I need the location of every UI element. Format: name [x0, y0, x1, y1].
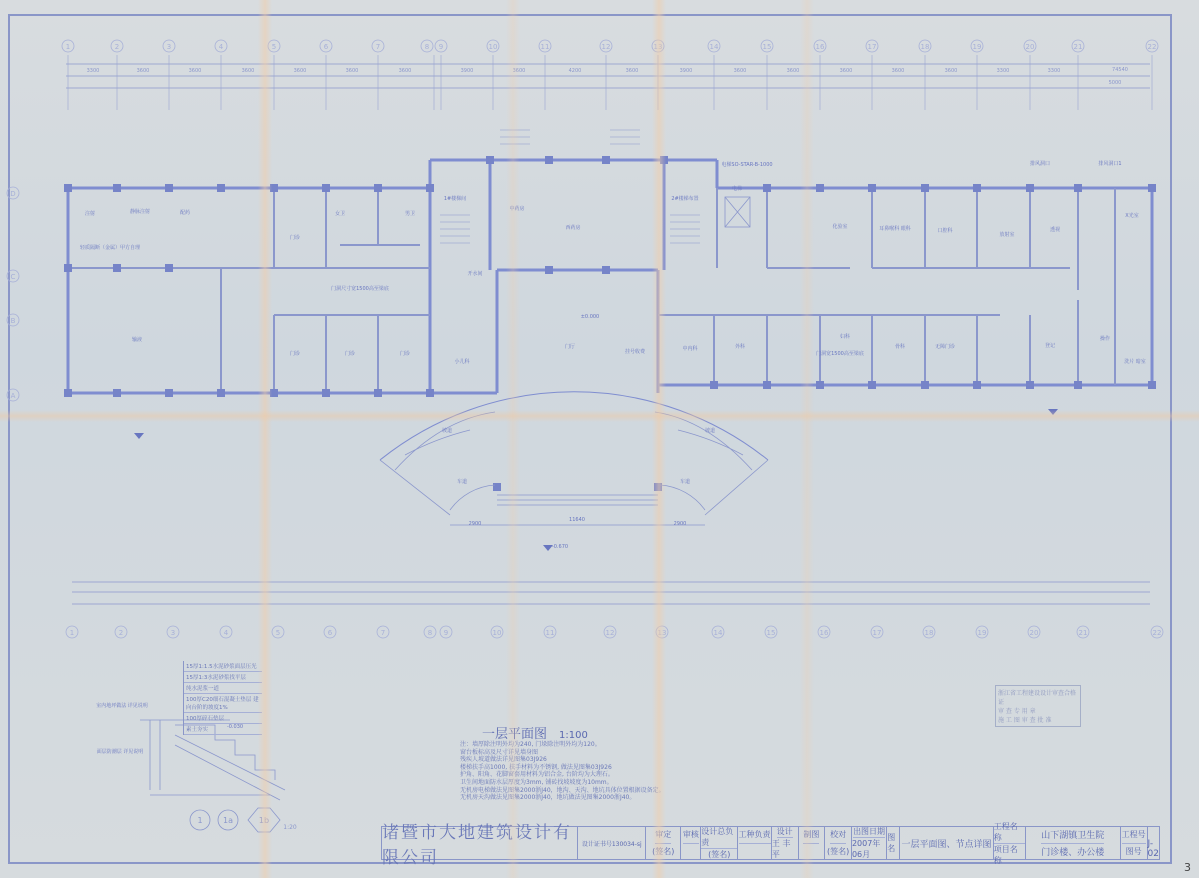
svg-text:16: 16	[816, 43, 825, 51]
svg-text:X光室: X光室	[1125, 212, 1138, 219]
svg-text:开水间: 开水间	[467, 270, 482, 277]
svg-text:21: 21	[1079, 629, 1088, 637]
svg-text:3600: 3600	[399, 68, 412, 74]
svg-text:口腔科: 口腔科	[937, 227, 952, 234]
svg-text:8: 8	[428, 629, 432, 637]
svg-text:登记: 登记	[1045, 342, 1055, 349]
svg-text:透视: 透视	[1050, 226, 1060, 233]
svg-text:3600: 3600	[734, 68, 747, 74]
svg-text:6: 6	[328, 629, 333, 637]
svg-text:坡道: 坡道	[705, 427, 715, 434]
svg-text:22: 22	[1153, 629, 1162, 637]
svg-text:化验室: 化验室	[832, 223, 847, 230]
svg-text:21: 21	[1074, 43, 1083, 51]
svg-text:门诊: 门诊	[290, 234, 300, 241]
svg-text:19: 19	[973, 43, 982, 51]
svg-text:3600: 3600	[892, 68, 905, 74]
svg-text:3300: 3300	[87, 68, 100, 74]
svg-text:3300: 3300	[1048, 68, 1061, 74]
svg-text:1a: 1a	[223, 816, 233, 825]
svg-text:2#楼梯布置: 2#楼梯布置	[671, 195, 698, 202]
svg-text:门诊: 门诊	[345, 350, 355, 357]
svg-text:电梯: 电梯	[732, 185, 742, 192]
svg-text:12: 12	[606, 629, 615, 637]
paper-fold	[800, 0, 814, 878]
svg-text:1: 1	[66, 43, 70, 51]
drawing-name: 一层平面图、节点详图	[900, 827, 994, 859]
svg-text:15: 15	[763, 43, 772, 51]
svg-text:10: 10	[493, 629, 502, 637]
page-number: 3	[1184, 861, 1191, 874]
svg-text:4200: 4200	[569, 68, 582, 74]
svg-text:车道: 车道	[680, 478, 690, 485]
detail-layer-legend: 15厚1:1.5水泥砂浆面层压光 15厚1:3水泥砂浆找平层 纯水泥浆一道 10…	[183, 661, 262, 735]
svg-text:±0.000: ±0.000	[581, 314, 600, 320]
svg-text:外科: 外科	[735, 343, 745, 350]
svg-text:6: 6	[324, 43, 329, 51]
svg-text:15: 15	[767, 629, 776, 637]
svg-text:9: 9	[444, 629, 448, 637]
svg-text:妇科: 妇科	[840, 333, 850, 340]
item-name: 门诊楼、办公楼	[1041, 844, 1104, 860]
plan-title: 一层平面图1:100	[482, 723, 588, 742]
svg-text:11640: 11640	[569, 517, 585, 523]
svg-text:排风洞口: 排风洞口	[1030, 160, 1050, 167]
svg-text:3600: 3600	[294, 68, 307, 74]
svg-text:-0.670: -0.670	[552, 544, 568, 550]
svg-text:3300: 3300	[997, 68, 1010, 74]
svg-text:2: 2	[119, 629, 123, 637]
svg-text:3900: 3900	[461, 68, 474, 74]
svg-text:室内地坪做法 详见说明: 室内地坪做法 详见说明	[96, 702, 148, 709]
svg-text:小儿科: 小儿科	[454, 358, 469, 365]
svg-text:D: D	[10, 190, 15, 198]
svg-text:排风洞口1: 排风洞口1	[1098, 160, 1121, 167]
svg-text:静脉注射: 静脉注射	[130, 208, 150, 215]
svg-text:无障门诊: 无障门诊	[935, 343, 955, 350]
svg-text:8: 8	[425, 43, 429, 51]
svg-text:3600: 3600	[137, 68, 150, 74]
svg-text:轻质隔断（金属）甲方自理: 轻质隔断（金属）甲方自理	[80, 244, 140, 251]
svg-text:操作: 操作	[1100, 335, 1110, 342]
paper-fold	[0, 410, 1199, 422]
svg-text:坡道: 坡道	[442, 427, 452, 434]
svg-text:A: A	[11, 392, 16, 400]
svg-text:12: 12	[602, 43, 611, 51]
paper-fold	[258, 0, 272, 878]
svg-text:3600: 3600	[787, 68, 800, 74]
svg-text:10: 10	[489, 43, 498, 51]
sheet-number: J-02	[1148, 839, 1159, 859]
paper-fold	[506, 0, 520, 878]
svg-text:3600: 3600	[626, 68, 639, 74]
svg-text:18: 18	[921, 43, 930, 51]
svg-text:9: 9	[439, 43, 443, 51]
svg-text:5: 5	[276, 629, 280, 637]
svg-text:C: C	[11, 273, 16, 281]
svg-text:B: B	[11, 317, 16, 325]
svg-text:2900: 2900	[469, 521, 482, 527]
svg-text:1: 1	[70, 629, 74, 637]
svg-text:门诊: 门诊	[290, 350, 300, 357]
svg-text:3: 3	[171, 629, 175, 637]
svg-text:输液: 输液	[132, 336, 142, 343]
svg-text:11: 11	[541, 43, 550, 51]
cert-number: 设计证书号130034-sj	[578, 827, 646, 859]
svg-text:3600: 3600	[840, 68, 853, 74]
svg-text:3900: 3900	[680, 68, 693, 74]
svg-text:2: 2	[115, 43, 119, 51]
svg-text:3: 3	[167, 43, 171, 51]
svg-text:7: 7	[381, 629, 385, 637]
svg-text:洗片 暗室: 洗片 暗室	[1124, 358, 1146, 365]
svg-text:挂号收费: 挂号收费	[625, 348, 646, 355]
svg-text:14: 14	[714, 629, 723, 637]
svg-text:男卫: 男卫	[405, 210, 415, 217]
svg-text:女卫: 女卫	[335, 210, 345, 217]
svg-text:11: 11	[546, 629, 555, 637]
svg-text:耳鼻喉科 眼科: 耳鼻喉科 眼科	[879, 225, 911, 232]
svg-text:面层防潮层 详见说明: 面层防潮层 详见说明	[97, 748, 144, 755]
svg-text:放射室: 放射室	[999, 231, 1014, 238]
svg-text:注射: 注射	[85, 210, 95, 217]
svg-text:17: 17	[868, 43, 877, 51]
company-name: 诸暨市大地建筑设计有限公司	[382, 827, 578, 859]
svg-text:19: 19	[978, 629, 987, 637]
svg-text:门厅: 门厅	[565, 343, 575, 350]
svg-text:3600: 3600	[346, 68, 359, 74]
svg-text:17: 17	[873, 629, 882, 637]
svg-text:14: 14	[710, 43, 719, 51]
svg-text:电梯SO-STAR-B-1000: 电梯SO-STAR-B-1000	[721, 161, 772, 168]
svg-text:20: 20	[1026, 43, 1035, 51]
svg-text:5: 5	[272, 43, 276, 51]
svg-text:4: 4	[219, 43, 224, 51]
svg-text:3600: 3600	[242, 68, 255, 74]
svg-text:西药房: 西药房	[565, 224, 580, 231]
svg-text:1#楼梯间: 1#楼梯间	[444, 195, 466, 202]
svg-text:车道: 车道	[457, 478, 467, 485]
svg-text:3600: 3600	[189, 68, 202, 74]
svg-text:7: 7	[376, 43, 380, 51]
svg-text:20: 20	[1030, 629, 1039, 637]
svg-text:4: 4	[224, 629, 229, 637]
review-stamp: 浙江省工程建设设计审查合格证 审 查 专 用 章 施 工 图 审 查 批 准	[995, 685, 1081, 727]
svg-text:18: 18	[925, 629, 934, 637]
svg-text:22: 22	[1148, 43, 1157, 51]
svg-text:74540: 74540	[1112, 67, 1128, 73]
svg-text:配药: 配药	[180, 209, 190, 216]
svg-text:1: 1	[197, 816, 202, 825]
project-name: 山下湖镇卫生院	[1041, 827, 1104, 844]
svg-text:2900: 2900	[674, 521, 687, 527]
svg-text:门洞宽1500高至梁底: 门洞宽1500高至梁底	[816, 350, 864, 357]
svg-text:门洞尺寸宽1500高至梁底: 门洞尺寸宽1500高至梁底	[331, 285, 389, 292]
svg-text:中内科: 中内科	[682, 345, 697, 352]
blueprint-sheet: 123 456 789 101112 131415 161718 192021 …	[0, 0, 1199, 878]
plan-notes: 注：墙厚除注明外均为240, 门垛除注明外均为120。 窗台板标高及尺寸详见墙身…	[460, 741, 720, 802]
svg-text:门诊: 门诊	[400, 350, 410, 357]
svg-text:骨科: 骨科	[895, 343, 905, 350]
svg-text:16: 16	[820, 629, 829, 637]
title-block: 诸暨市大地建筑设计有限公司 设计证书号130034-sj 审定(签名) 审核 设…	[381, 826, 1160, 860]
svg-text:3600: 3600	[945, 68, 958, 74]
svg-text:1:20: 1:20	[283, 824, 297, 831]
svg-text:5000: 5000	[1109, 80, 1122, 86]
paper-fold	[652, 0, 666, 878]
